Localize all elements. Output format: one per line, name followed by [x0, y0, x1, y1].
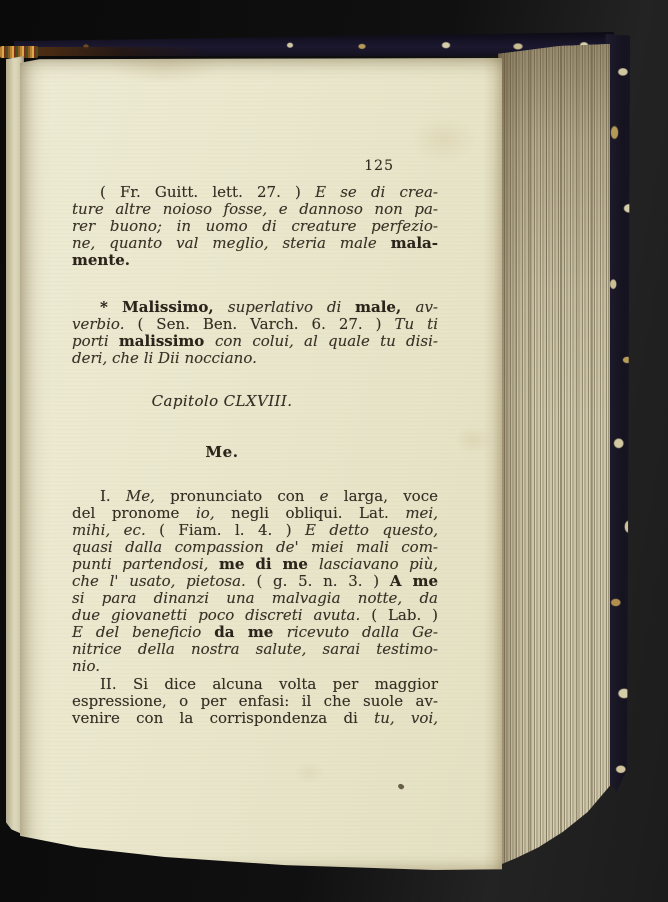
text-segment: tu, voi, — [374, 709, 438, 727]
text-line: nitrice della nostra salute, sarai testi… — [72, 641, 438, 658]
text-segment: porti — [72, 332, 119, 350]
text-line: si para dinanzi una malvagia notte, da — [72, 590, 438, 607]
text-segment: Tu ti — [395, 315, 438, 333]
text-segment: E detto questo, — [305, 521, 438, 539]
text-segment: e — [320, 487, 344, 505]
text-segment: punti partendosi, — [72, 555, 219, 573]
word-heading: Me. — [72, 444, 438, 461]
text-segment: larga, voce — [344, 487, 438, 505]
text-segment: superlativo di — [228, 298, 355, 316]
text-segment: io, — [196, 504, 231, 522]
text-segment: mala- — [391, 234, 438, 252]
text-line: I. Me, pronunciato con e larga, voce — [72, 488, 438, 505]
text-segment: lasciavano più, — [319, 555, 438, 573]
text-segment: I. — [100, 487, 126, 505]
text-line: nio. — [72, 658, 438, 675]
text-segment: ( Fr. Guitt. lett. 27. ) — [100, 183, 315, 201]
text-line: del pronome io, negli obliqui. Lat. mei, — [72, 505, 438, 522]
text-segment: ( g. 5. n. 3. ) — [257, 572, 390, 590]
text-line: porti malissimo con colui, al quale tu d… — [72, 333, 438, 350]
text-segment: nitrice della nostra salute, sarai testi… — [72, 640, 438, 658]
text-line: E del beneficio da me ricevuto dalla Ge- — [72, 624, 438, 641]
book-page: 125 ( Fr. Guitt. lett. 27. ) E se di cre… — [20, 58, 502, 870]
text-segment: ne, quanto val meglio, steria male — [72, 234, 391, 252]
text-segment: ( Sen. Ben. Varch. 6. 27. ) — [137, 315, 394, 333]
paragraph: * Malissimo, superlativo di male, av-ver… — [72, 299, 438, 367]
text-line: * Malissimo, superlativo di male, av- — [72, 299, 438, 316]
text-line: che l' usato, pietosa. ( g. 5. n. 3. ) A… — [72, 573, 438, 590]
text-segment: espressione, o per enfasi: il che suole … — [72, 692, 438, 710]
text-segment: si para dinanzi una malvagia notte, da — [72, 589, 438, 607]
ink-speck — [397, 783, 405, 791]
text-segment: quasi dalla compassion de' miei mali com… — [72, 538, 438, 556]
text-segment: ( Fiam. l. 4. ) — [159, 521, 305, 539]
book-photo: 125 ( Fr. Guitt. lett. 27. ) E se di cre… — [0, 0, 668, 902]
text-segment: due giovanetti poco discreti avuta. — [72, 606, 371, 624]
text-segment: E del beneficio — [72, 623, 214, 641]
text-segment: venire con la corrispondenza di — [72, 709, 374, 727]
text-line: ( Fr. Guitt. lett. 27. ) E se di crea- — [72, 184, 438, 201]
text-segment: av- — [416, 298, 439, 316]
text-segment: del pronome — [72, 504, 196, 522]
text-segment: mihi, ec. — [72, 521, 159, 539]
text-line: mente. — [72, 252, 438, 269]
fore-edge-page-stack — [498, 44, 610, 868]
text-segment: con colui, al quale tu disi- — [215, 332, 438, 350]
text-line: venire con la corrispondenza di tu, voi, — [72, 710, 438, 727]
text-line: espressione, o per enfasi: il che suole … — [72, 693, 438, 710]
text-segment: pronunciato con — [170, 487, 320, 505]
paragraph: ( Fr. Guitt. lett. 27. ) E se di crea-tu… — [72, 184, 438, 269]
text-segment: * Malissimo, — [100, 298, 228, 316]
text-line: mihi, ec. ( Fiam. l. 4. ) E detto questo… — [72, 522, 438, 539]
text-segment: nio. — [72, 657, 100, 675]
text-line: ture altre noioso fosse, e dannoso non p… — [72, 201, 438, 218]
text-segment: me di me — [219, 555, 319, 573]
text-line: quasi dalla compassion de' miei mali com… — [72, 539, 438, 556]
text-segment: male, — [355, 298, 415, 316]
text-segment: ( Lab. ) — [371, 606, 438, 624]
text-segment: ricevuto dalla Ge- — [287, 623, 438, 641]
text-line: ne, quanto val meglio, steria male mala- — [72, 235, 438, 252]
paragraph: I. Me, pronunciato con e larga, vocedel … — [72, 488, 438, 675]
text-segment: che l' usato, pietosa. — [72, 572, 257, 590]
text-line: punti partendosi, me di me lasciavano pi… — [72, 556, 438, 573]
text-line: rer buono; in uomo di creature perfezio- — [72, 218, 438, 235]
text-segment: da me — [214, 623, 286, 641]
text-segment: rer buono; in uomo di creature perfezio- — [72, 217, 438, 235]
text-segment: mente. — [72, 251, 130, 269]
text-segment: Me, — [126, 487, 170, 505]
text-segment: negli obliqui. Lat. — [231, 504, 405, 522]
text-line: II. Si dice alcuna volta per maggior — [72, 676, 438, 693]
chapter-heading: Capitolo CLXVIII. — [72, 393, 438, 410]
text-segment: mei, — [405, 504, 438, 522]
text-segment: malissimo — [119, 332, 215, 350]
text-line: deri, che li Dii nocciano. — [72, 350, 438, 367]
marbled-board-edge — [604, 34, 646, 792]
text-block: 125 ( Fr. Guitt. lett. 27. ) E se di cre… — [72, 158, 438, 727]
page-number: 125 — [72, 158, 438, 175]
text-segment: E se di crea- — [315, 183, 438, 201]
text-segment: ture altre noioso fosse, e dannoso non p… — [72, 200, 438, 218]
text-line: verbio. ( Sen. Ben. Varch. 6. 27. ) Tu t… — [72, 316, 438, 333]
text-segment: deri, che li Dii nocciano. — [72, 349, 257, 367]
text-line: due giovanetti poco discreti avuta. ( La… — [72, 607, 438, 624]
text-segment: II. Si dice alcuna volta per maggior — [100, 675, 438, 693]
paragraph: II. Si dice alcuna volta per maggiorespr… — [72, 676, 438, 727]
text-segment: verbio. — [72, 315, 137, 333]
text-segment: A me — [390, 572, 438, 590]
